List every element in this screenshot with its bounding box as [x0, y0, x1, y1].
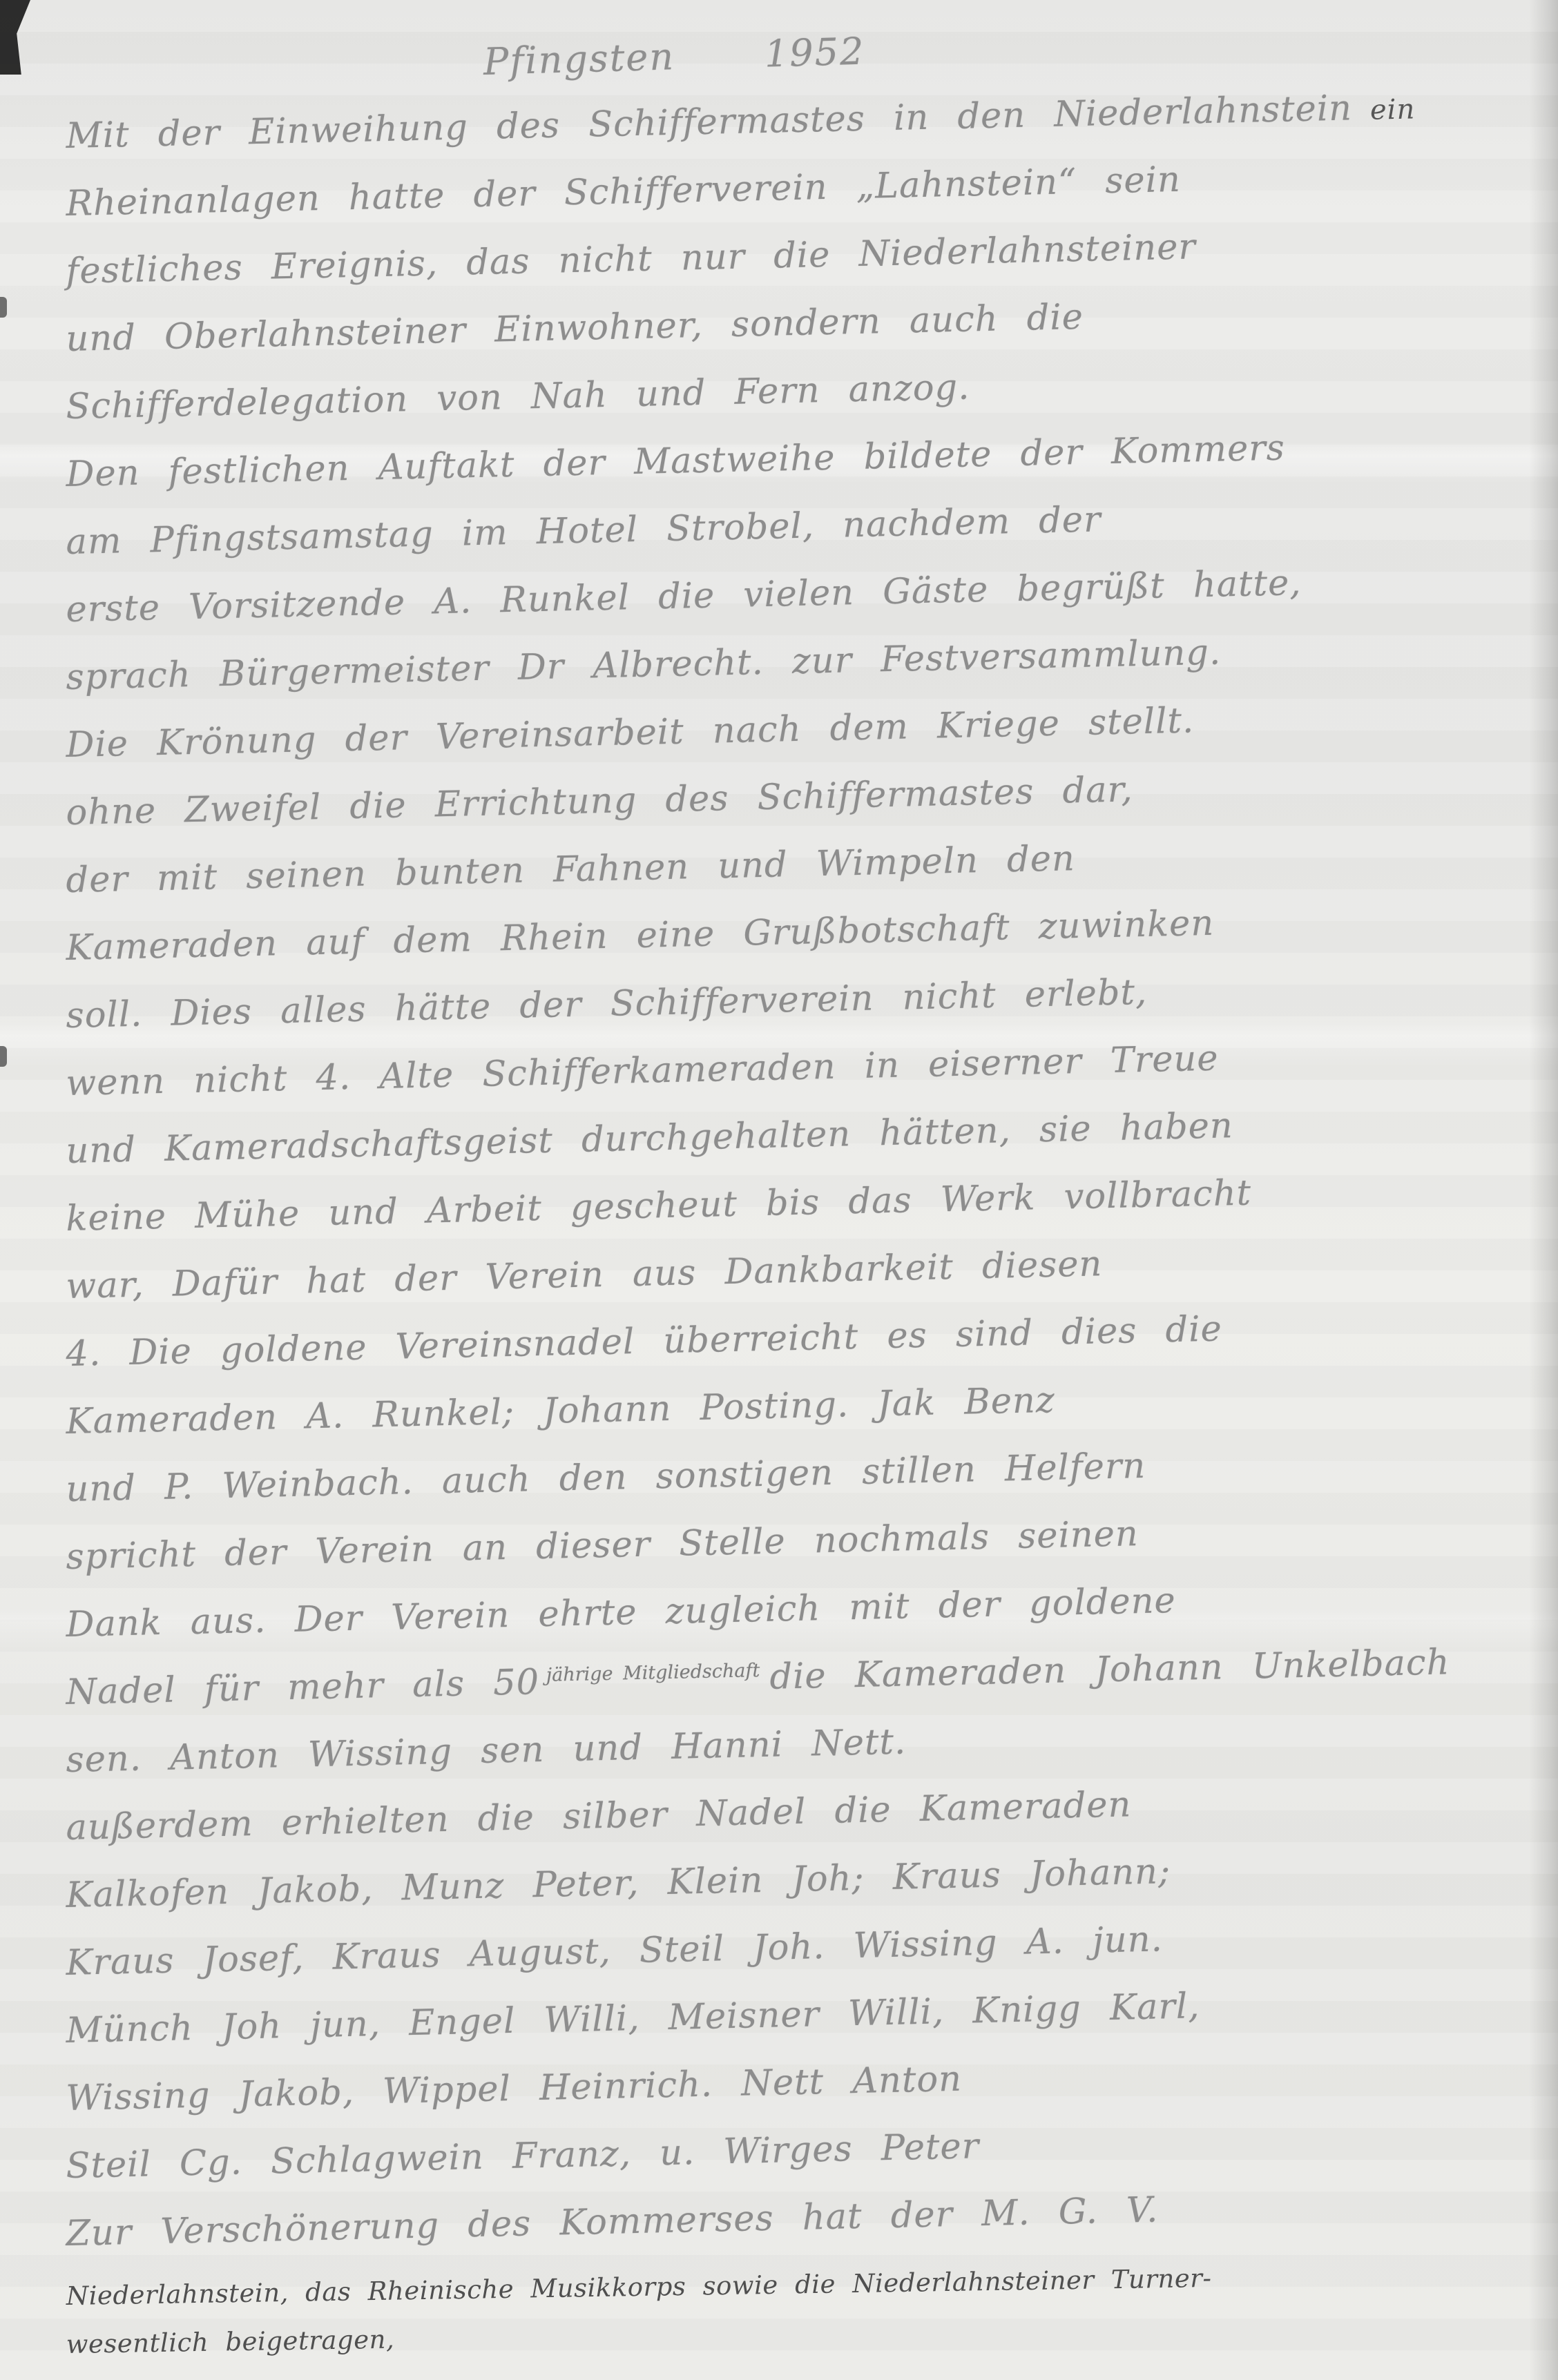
- title-year: 1952: [764, 30, 865, 76]
- line-text: wesentlich beigetragen,: [66, 2325, 394, 2359]
- title-text: Pfingsten: [483, 35, 675, 84]
- handwritten-page: Pfingsten1952 Mit der Einweihung des Sch…: [0, 0, 1558, 2380]
- line-text: Mit der Einweihung des Schiffermastes in…: [66, 88, 1353, 157]
- scan-edge-mark: [0, 297, 7, 318]
- margin-note: ein: [1369, 93, 1415, 126]
- scan-corner-artifact: [0, 0, 30, 75]
- text-lines: Mit der Einweihung des Schiffermastes in…: [66, 116, 1544, 2378]
- page-title: Pfingsten1952: [483, 30, 865, 84]
- interlinear-insertion: jährige Mitgliedschaft: [546, 1660, 760, 1686]
- scan-edge-mark: [0, 1046, 7, 1067]
